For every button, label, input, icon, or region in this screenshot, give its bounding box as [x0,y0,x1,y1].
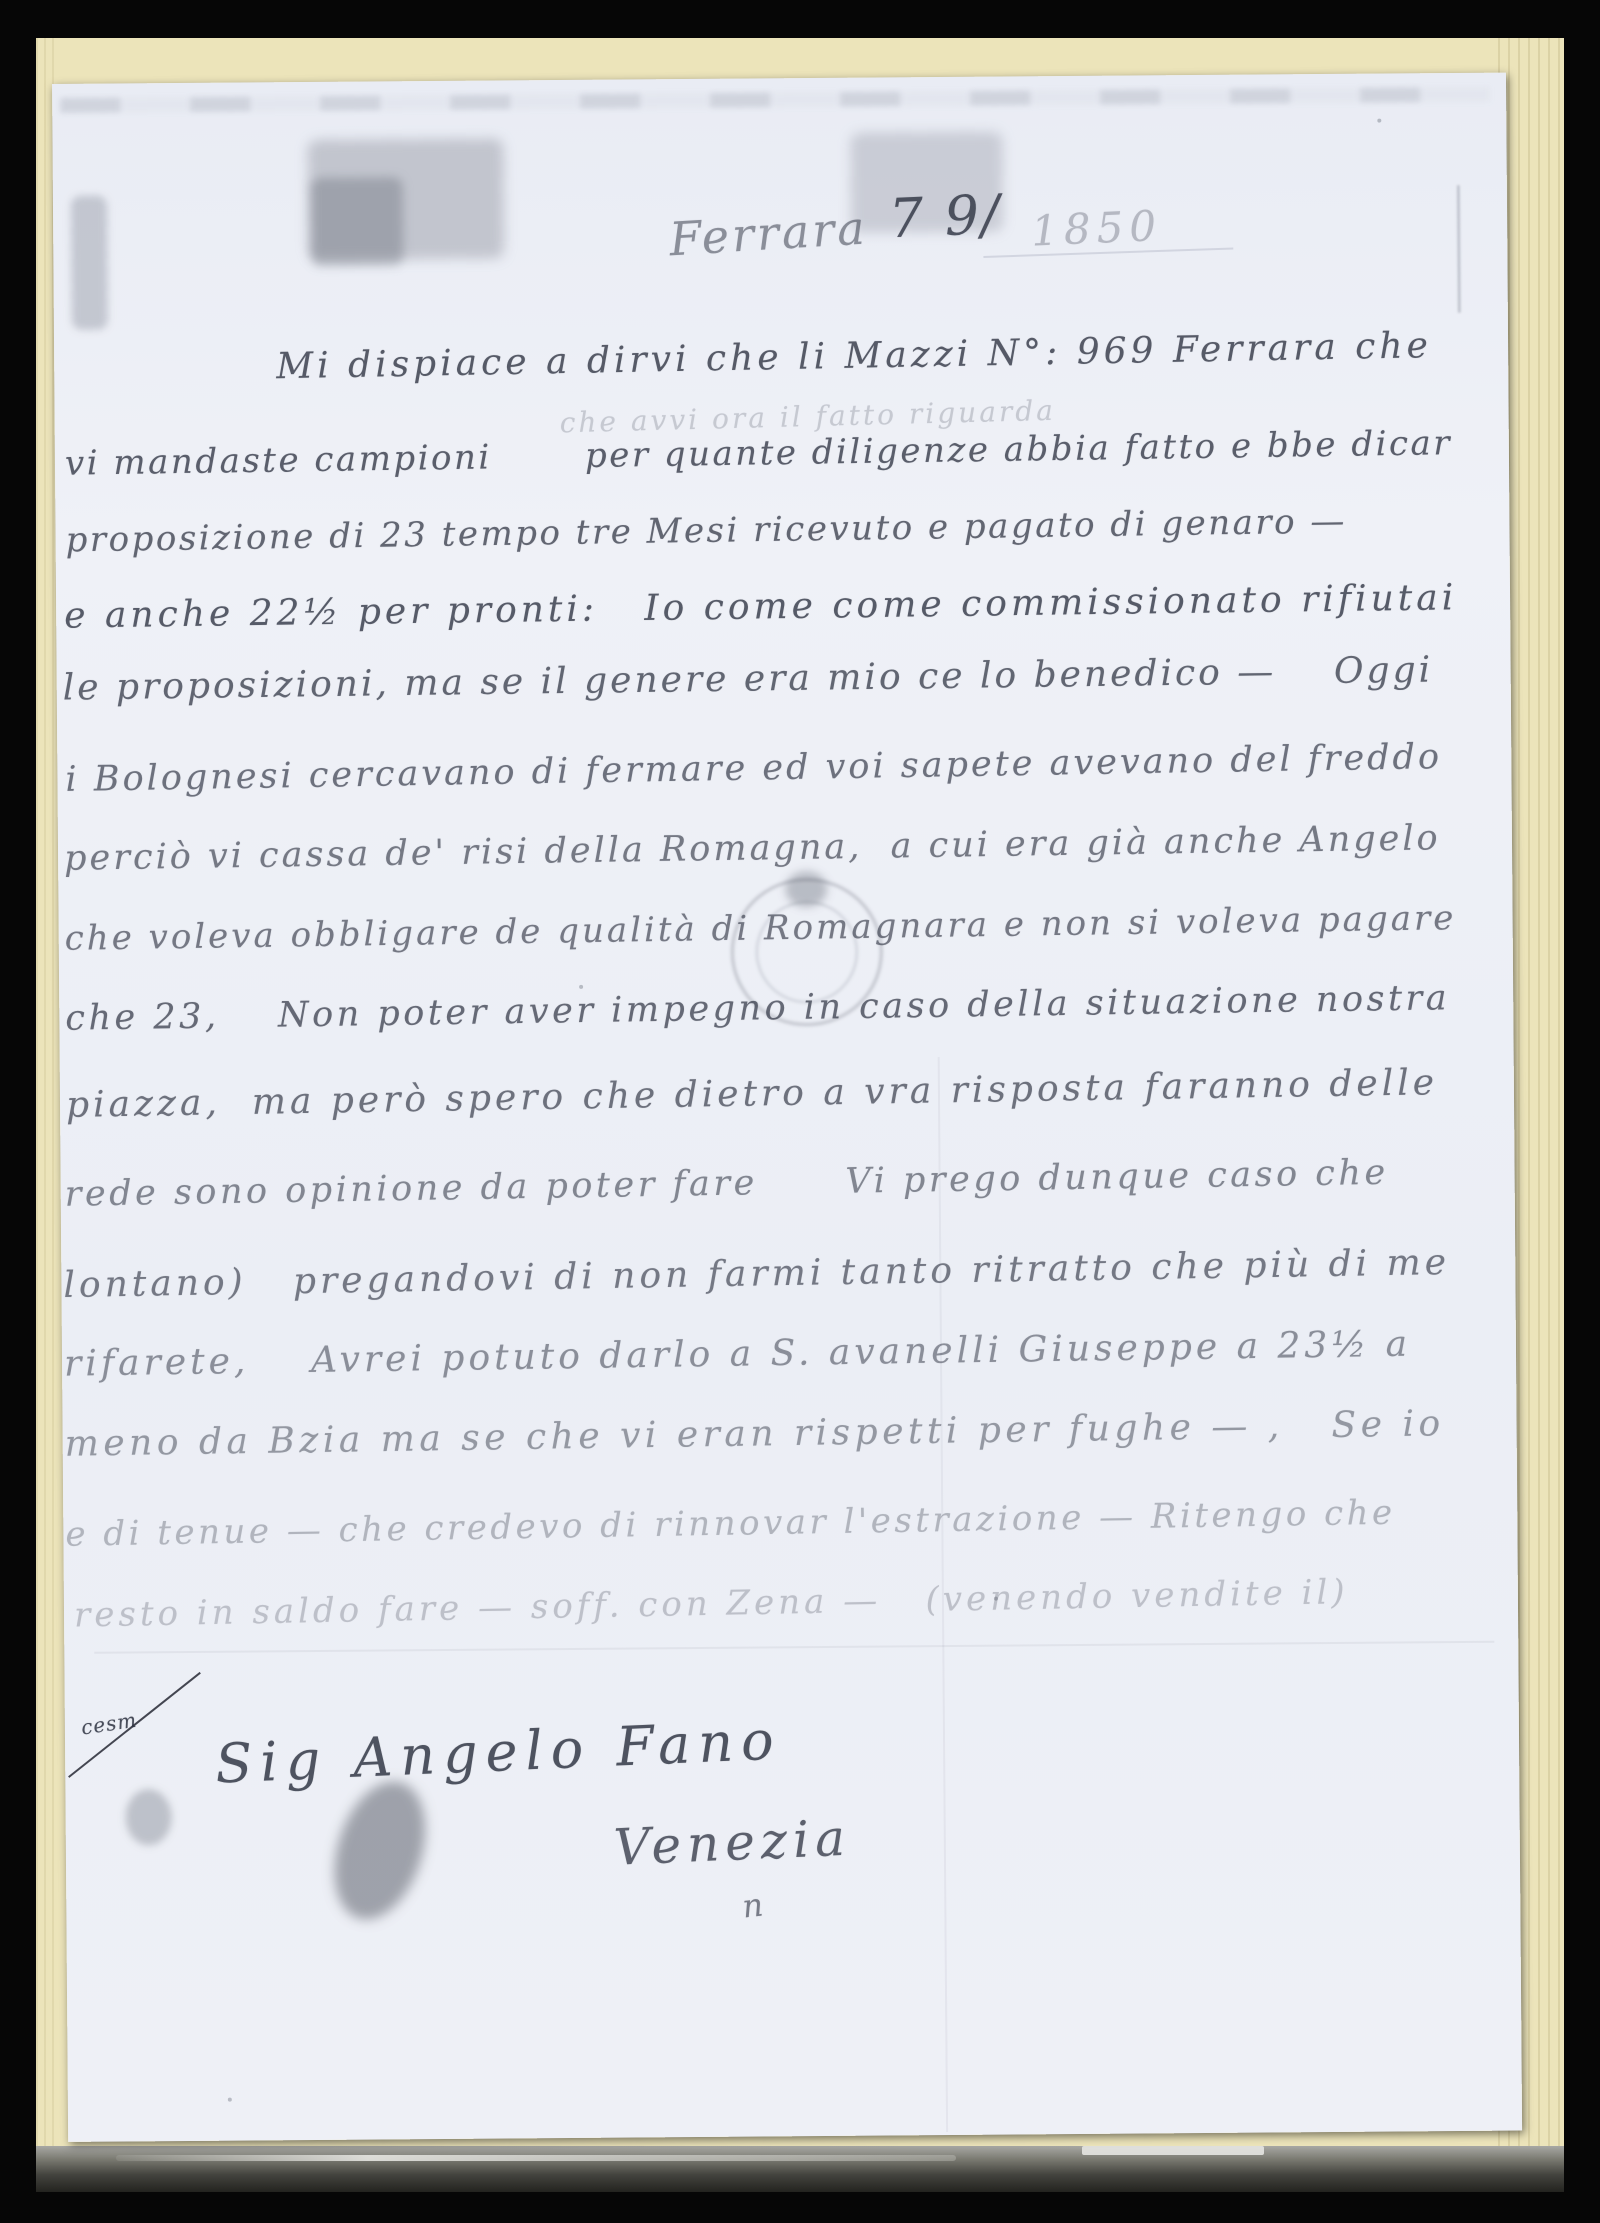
ink-smudge-signature [318,1770,441,1931]
ink-smudge-top-left-core [311,177,404,266]
dateline-place: Ferrara [668,200,869,266]
paper-speck [228,2098,232,2102]
body-line: le proposizioni, ma se il genere era mio… [62,650,1433,709]
signature-name: Sig Angelo Fano [214,1708,783,1795]
body-line: e anche 22½ per pronti: Io come come com… [64,577,1458,636]
faint-streak-right-margin [1457,185,1461,313]
shelf-highlight-right [1082,2146,1264,2155]
body-line: lontano) pregandovi di non farmi tanto r… [63,1242,1450,1306]
paper-speck [579,985,583,989]
gray-streak-left-margin [71,196,108,330]
ghost-line: resto in saldo fare — soff. con Zena — (… [74,1572,1349,1635]
margin-note-smudge [125,1789,171,1845]
signature-city: Venezia [613,1809,852,1877]
body-line: meno da Bzia ma se che vi eran rispetti … [64,1403,1445,1464]
margin-note: cesm [79,1708,138,1740]
body-line: piazza, ma però spero che dietro a vra r… [66,1062,1439,1126]
paper-speck [1377,119,1381,123]
ghost-line: e di tenue — che credevo di rinnovar l'e… [65,1493,1396,1555]
body-line: rifarete, Avrei potuto darlo a S. avanel… [64,1324,1412,1385]
signature-flourish: n [740,1886,765,1926]
body-line: perciò vi cassa de' risi della Romagna, … [64,818,1441,878]
body-line: proposizione di 23 tempo tre Mesi ricevu… [65,501,1347,560]
page-edge-striations-left [36,38,56,2190]
dateline-daymonth: 7 9/ [888,183,1003,251]
horizontal-crease [94,1641,1494,1654]
body-line: rede sono opinione da poter fare Vi preg… [64,1153,1389,1215]
photo-frame: Ferrara7 9/1850Mi dispiace a dirvi che l… [0,0,1600,2223]
scan-edge-artifact [60,87,1490,113]
dateline-year: 1850 [1030,201,1163,256]
body-line: Mi dispiace a dirvi che li Mazzi N°: 969… [276,325,1432,387]
letter-paper: Ferrara7 9/1850Mi dispiace a dirvi che l… [52,73,1522,2142]
shelf-highlight-left [116,2155,956,2161]
shelf-edge [36,2146,1564,2192]
body-line: i Bolognesi cercavano di fermare ed voi … [65,737,1442,800]
